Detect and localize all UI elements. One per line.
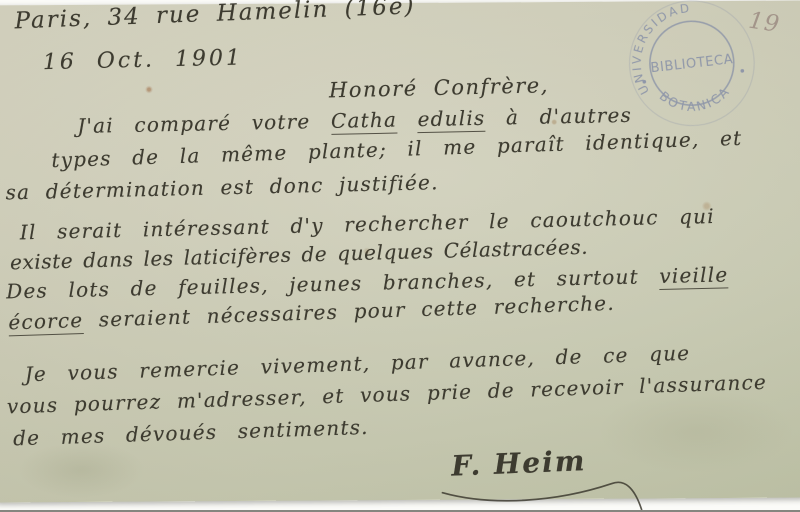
stamp-dot-right bbox=[740, 69, 744, 73]
signature: F. Heim bbox=[451, 444, 587, 483]
body-text: à d'autres bbox=[485, 103, 632, 130]
address-line: Paris, 34 rue Hamelin (16e) bbox=[14, 0, 416, 34]
body-line: de mes dévoués sentiments. bbox=[13, 415, 369, 450]
stamp-center-text: BIBLIOTECA bbox=[650, 52, 734, 76]
stamp-arc-bottom-text: BOTANICA bbox=[655, 81, 734, 118]
svg-text:UNIVERSIDAD: UNIVERSIDAD bbox=[623, 1, 700, 98]
underlined-word-ecorce: écorce bbox=[8, 308, 84, 336]
scanned-postcard-image: Paris, 34 rue Hamelin (16e) 16 Oct. 1901… bbox=[0, 0, 800, 512]
underlined-species-epithet: edulis bbox=[417, 106, 485, 133]
library-stamp: UNIVERSIDAD BOTANICA BIBLIOTECA bbox=[617, 0, 767, 138]
body-line: Il serait intéressant d'y rechercher le … bbox=[20, 204, 715, 244]
underlined-word-vieille: vieille bbox=[659, 262, 729, 290]
body-text: J'ai comparé votre bbox=[77, 109, 331, 138]
postcard: Paris, 34 rue Hamelin (16e) 16 Oct. 1901… bbox=[0, 1, 800, 503]
date-line: 16 Oct. 1901 bbox=[43, 45, 244, 75]
body-text bbox=[397, 107, 418, 131]
salutation: Honoré Confrère, bbox=[329, 73, 549, 102]
stamp-arc-top-text: UNIVERSIDAD bbox=[623, 1, 700, 98]
body-line: sa détermination est donc justifiée. bbox=[5, 170, 439, 204]
svg-text:BOTANICA: BOTANICA bbox=[655, 81, 734, 118]
underlined-species-genus: Catha bbox=[331, 108, 398, 135]
